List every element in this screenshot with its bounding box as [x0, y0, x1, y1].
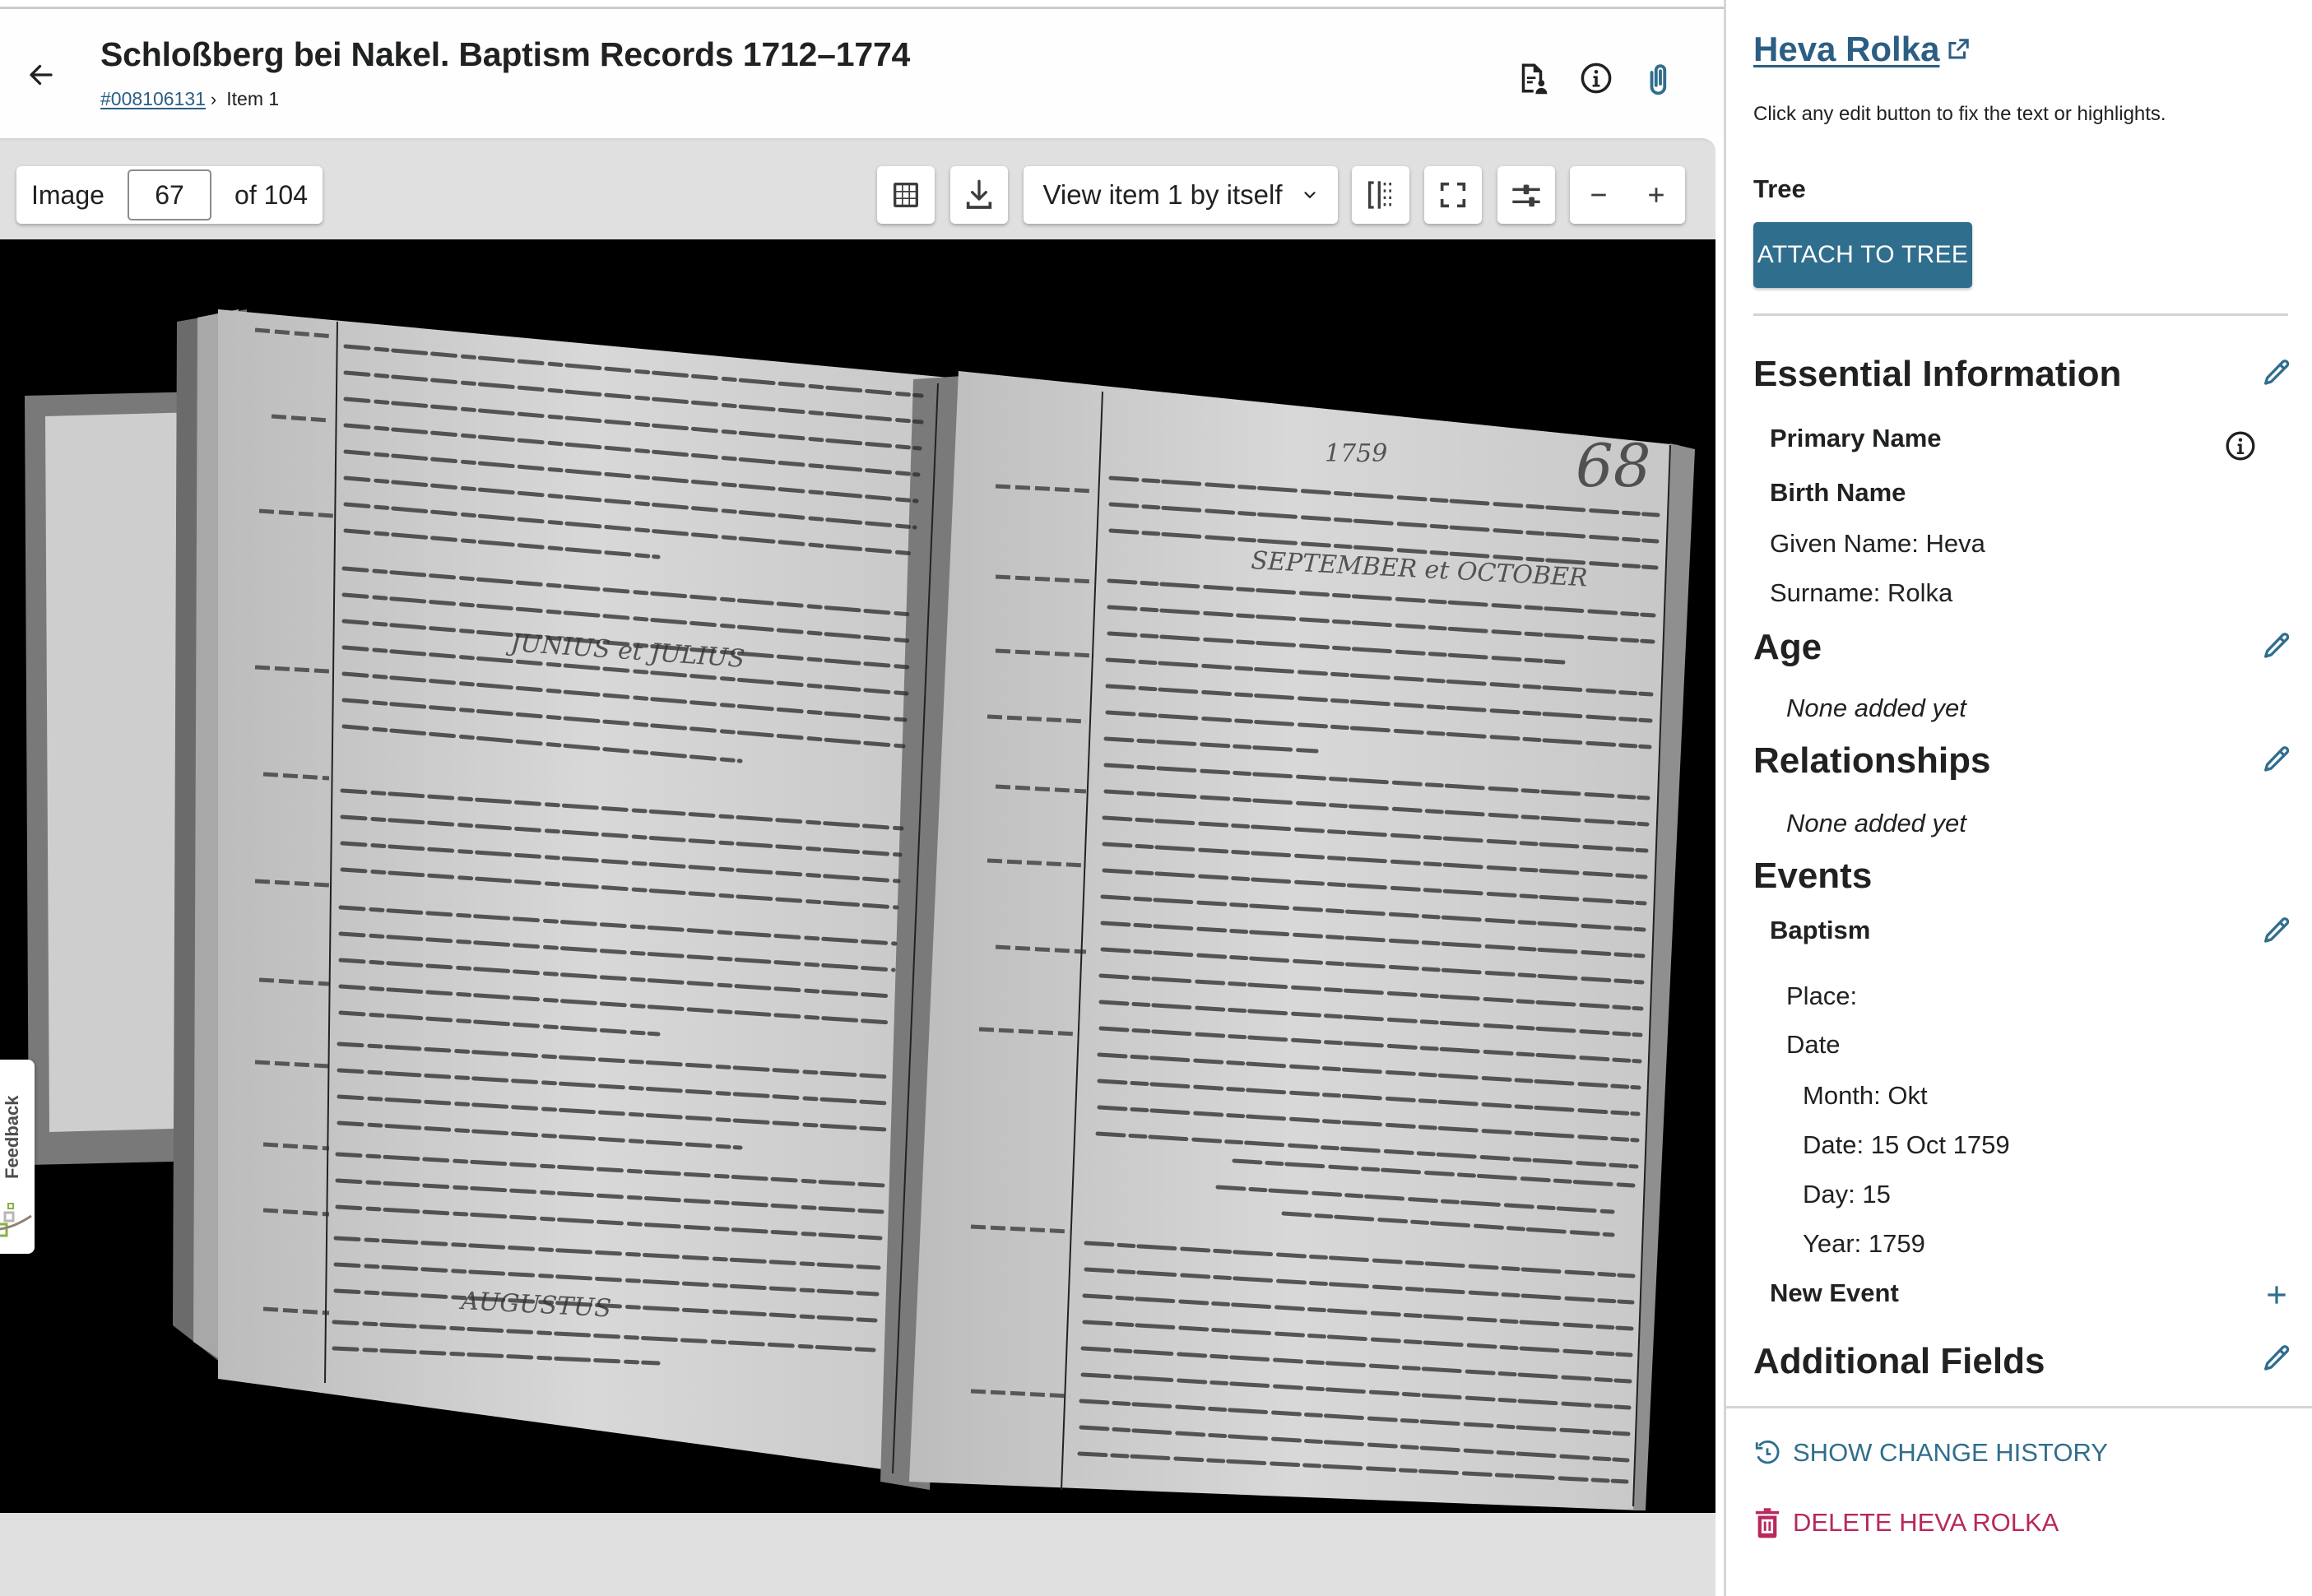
main-area: Schloßberg bei Nakel. Baptism Records 17…	[0, 0, 1724, 1596]
edit-essential-info-button[interactable]	[2257, 354, 2296, 393]
pencil-icon	[2260, 915, 2293, 948]
back-arrow-icon	[26, 60, 56, 90]
page-header: Schloßberg bei Nakel. Baptism Records 17…	[0, 9, 1724, 138]
image-pager: Image of 104	[16, 166, 323, 224]
download-button[interactable]	[950, 166, 1008, 224]
baptism-month: Month: Okt	[1803, 1081, 1928, 1111]
zoom-controls	[1570, 166, 1685, 224]
external-link-icon	[1946, 37, 1971, 62]
delete-person-label: DELETE HEVA ROLKA	[1793, 1508, 2059, 1538]
additional-fields-heading: Additional Fields	[1753, 1341, 2045, 1382]
view-mode-dropdown[interactable]: View item 1 by itself	[1024, 166, 1338, 224]
paperclip-icon	[1643, 61, 1678, 95]
zoom-out-icon	[1586, 183, 1611, 207]
edit-baptism-button[interactable]	[2257, 912, 2296, 951]
fullscreen-button[interactable]	[1424, 166, 1482, 224]
tree-label: Tree	[1753, 174, 1806, 204]
feedback-tab[interactable]: Feedback	[0, 1060, 35, 1254]
breadcrumb-separator: ›	[211, 89, 216, 110]
relationships-heading: Relationships	[1753, 740, 1991, 782]
baptism-date-label: Date	[1786, 1030, 1840, 1060]
show-change-history-label: SHOW CHANGE HISTORY	[1793, 1438, 2108, 1468]
relationships-empty: None added yet	[1786, 809, 1966, 838]
footer-divider	[1726, 1406, 2312, 1408]
page-title: Schloßberg bei Nakel. Baptism Records 17…	[100, 35, 910, 74]
baptism-year: Year: 1759	[1803, 1229, 1925, 1259]
split-view-icon	[1364, 179, 1397, 211]
image-label: Image	[31, 180, 104, 211]
svg-text:1759: 1759	[1325, 439, 1387, 468]
age-heading: Age	[1753, 627, 1822, 668]
baptism-place: Place:	[1786, 981, 1857, 1011]
plus-icon	[2263, 1282, 2290, 1308]
gallery-button[interactable]	[877, 166, 935, 224]
manuscript-image: 68 1759 JUNIUS et JULIUS AUGUSTUS SEPTEM…	[0, 239, 1715, 1513]
pencil-icon	[2260, 744, 2293, 777]
zoom-out-button[interactable]	[1574, 170, 1623, 220]
info-icon	[1579, 61, 1613, 95]
person-name: Heva Rolka	[1753, 30, 1939, 69]
zoom-in-button[interactable]	[1632, 170, 1681, 220]
image-adjust-button[interactable]	[1497, 166, 1555, 224]
given-name-value: Given Name: Heva	[1770, 529, 1985, 559]
add-event-button[interactable]	[2257, 1275, 2296, 1315]
new-event-label: New Event	[1770, 1278, 1899, 1308]
grid-icon	[889, 179, 922, 211]
attachments-button[interactable]	[1641, 58, 1680, 98]
image-number-input[interactable]	[128, 169, 211, 220]
show-change-history-button[interactable]: SHOW CHANGE HISTORY	[1753, 1438, 2108, 1468]
baptism-date: Date: 15 Oct 1759	[1803, 1130, 2010, 1160]
chevron-down-icon	[1301, 186, 1319, 204]
edit-age-button[interactable]	[2257, 627, 2296, 666]
trash-icon	[1753, 1507, 1781, 1538]
age-empty: None added yet	[1786, 694, 1966, 723]
person-sidebar: Heva Rolka Click any edit button to fix …	[1724, 0, 2312, 1596]
delete-person-button[interactable]: DELETE HEVA ROLKA	[1753, 1507, 2059, 1538]
view-mode-label: View item 1 by itself	[1042, 179, 1282, 211]
edit-hint: Click any edit button to fix the text or…	[1753, 103, 2166, 126]
person-name-link[interactable]: Heva Rolka	[1753, 30, 1971, 69]
document-person-icon	[1515, 61, 1549, 95]
feedback-label: Feedback	[2, 1096, 23, 1180]
baptism-event-label: Baptism	[1770, 916, 1870, 945]
pencil-icon	[2260, 630, 2293, 663]
pencil-icon	[2260, 357, 2293, 390]
primary-name-label: Primary Name	[1770, 424, 1942, 453]
record-person-button[interactable]	[1512, 58, 1552, 98]
feedback-logo-icon	[0, 1201, 35, 1242]
breadcrumb-current: Item 1	[226, 88, 279, 110]
info-icon	[2224, 429, 2257, 462]
fullscreen-icon	[1437, 179, 1469, 211]
birth-name-label: Birth Name	[1770, 478, 1906, 508]
surname-value: Surname: Rolka	[1770, 578, 1952, 608]
breadcrumb: #008106131 › Item 1	[100, 88, 279, 110]
section-divider	[1753, 313, 2288, 316]
attach-to-tree-button[interactable]: ATTACH TO TREE	[1753, 222, 1972, 288]
history-icon	[1753, 1439, 1781, 1467]
record-image[interactable]: 68 1759 JUNIUS et JULIUS AUGUSTUS SEPTEM…	[0, 239, 1715, 1513]
edit-additional-fields-button[interactable]	[2257, 1339, 2296, 1379]
svg-text:68: 68	[1576, 431, 1651, 500]
image-total: of 104	[234, 180, 308, 211]
essential-info-heading: Essential Information	[1753, 354, 2121, 395]
download-icon	[963, 179, 996, 211]
split-view-button[interactable]	[1352, 166, 1409, 224]
info-button[interactable]	[1576, 58, 1616, 98]
baptism-day: Day: 15	[1803, 1180, 1891, 1209]
edit-relationships-button[interactable]	[2257, 740, 2296, 780]
primary-name-info-button[interactable]	[2221, 426, 2260, 466]
pencil-icon	[2260, 1343, 2293, 1376]
back-button[interactable]	[23, 57, 59, 93]
events-heading: Events	[1753, 856, 1872, 897]
image-viewer: Image of 104 View item 1 by itself	[0, 138, 1715, 1596]
adjust-sliders-icon	[1510, 179, 1543, 211]
zoom-in-icon	[1644, 183, 1669, 207]
breadcrumb-film-link[interactable]: #008106131	[100, 88, 206, 110]
